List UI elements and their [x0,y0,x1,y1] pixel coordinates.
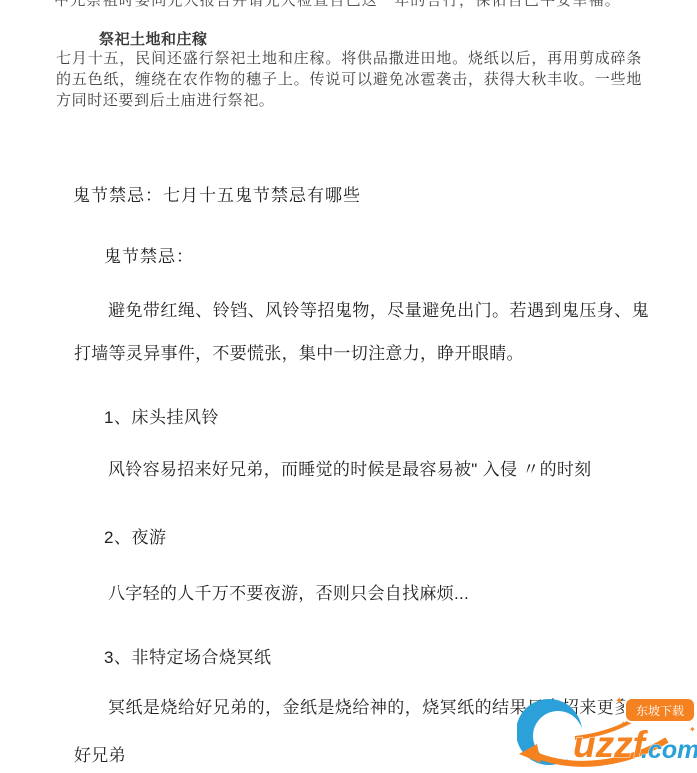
section-heading-worship-land: 祭祀土地和庄稼 [99,28,208,49]
ghost-festival-taboo-title: 鬼节禁忌：七月十五鬼节禁忌有哪些 [73,181,361,206]
svg-text:✦: ✦ [615,696,623,707]
dongpo-download-badge: 东坡下载 [625,698,695,722]
taboo-intro-paragraph: 避免带红绳、铃铛、风铃等招鬼物，尽量避免出门。若遇到鬼压身、鬼打墙等灵异事件，不… [74,289,649,375]
taboo-item-2-body: 八字轻的人千万不要夜游，否则只会自找麻烦... [74,570,649,618]
clipped-top-line: 中元祭祖时要向先人报告并请先人检查自己这一年的言行，保佑自己平安幸福。 [54,0,621,10]
taboo-item-1-body: 风铃容易招来好兄弟，而睡觉的时候是最容易被" 入侵 〃的时刻 [74,446,649,494]
article-page: 中元祭祖时要向先人报告并请先人检查自己这一年的言行，保佑自己平安幸福。 祭祀土地… [0,0,697,773]
svg-text:✦: ✦ [689,725,696,734]
taboo-item-2-heading: 2、夜游 [104,523,166,548]
badge-label: 东坡下载 [636,703,684,718]
svg-text:✦: ✦ [619,720,627,731]
taboo-item-3-heading: 3、非特定场合烧冥纸 [104,643,271,668]
section-paragraph-worship-land: 七月十五，民间还盛行祭祀土地和庄稼。将供品撒进田地。烧纸以后，再用剪成碎条的五色… [56,48,642,111]
com-wordmark: .com [641,736,697,764]
uzzf-watermark-logo: uzzf .com 东坡下载 ✦ ✦ ✦ [517,692,697,773]
ghost-festival-taboo-subtitle: 鬼节禁忌： [104,242,194,267]
taboo-item-1-heading: 1、床头挂风铃 [104,403,219,428]
uzzf-wordmark: uzzf [573,724,649,765]
